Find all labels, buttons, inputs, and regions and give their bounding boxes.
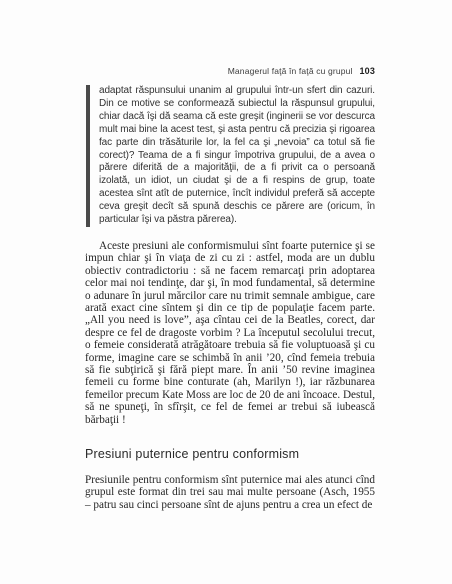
running-header: Managerul faţă în faţă cu grupul103	[85, 66, 375, 76]
page-number: 103	[360, 66, 375, 76]
section-heading: Presiuni puternice pentru conformism	[85, 447, 375, 461]
running-header-title: Managerul faţă în faţă cu grupul	[228, 66, 353, 76]
block-quote: adaptat răspunsului unanim al grupului î…	[86, 85, 375, 227]
book-page: Managerul faţă în faţă cu grupul103 adap…	[0, 0, 452, 584]
page-content: adaptat răspunsului unanim al grupului î…	[85, 85, 375, 511]
body-paragraph: Aceste presiuni ale conformismului sînt …	[85, 240, 375, 426]
block-quote-text: adaptat răspunsului unanim al grupului î…	[99, 85, 375, 225]
section-paragraph: Presiunile pentru conformism sînt putern…	[85, 474, 375, 511]
